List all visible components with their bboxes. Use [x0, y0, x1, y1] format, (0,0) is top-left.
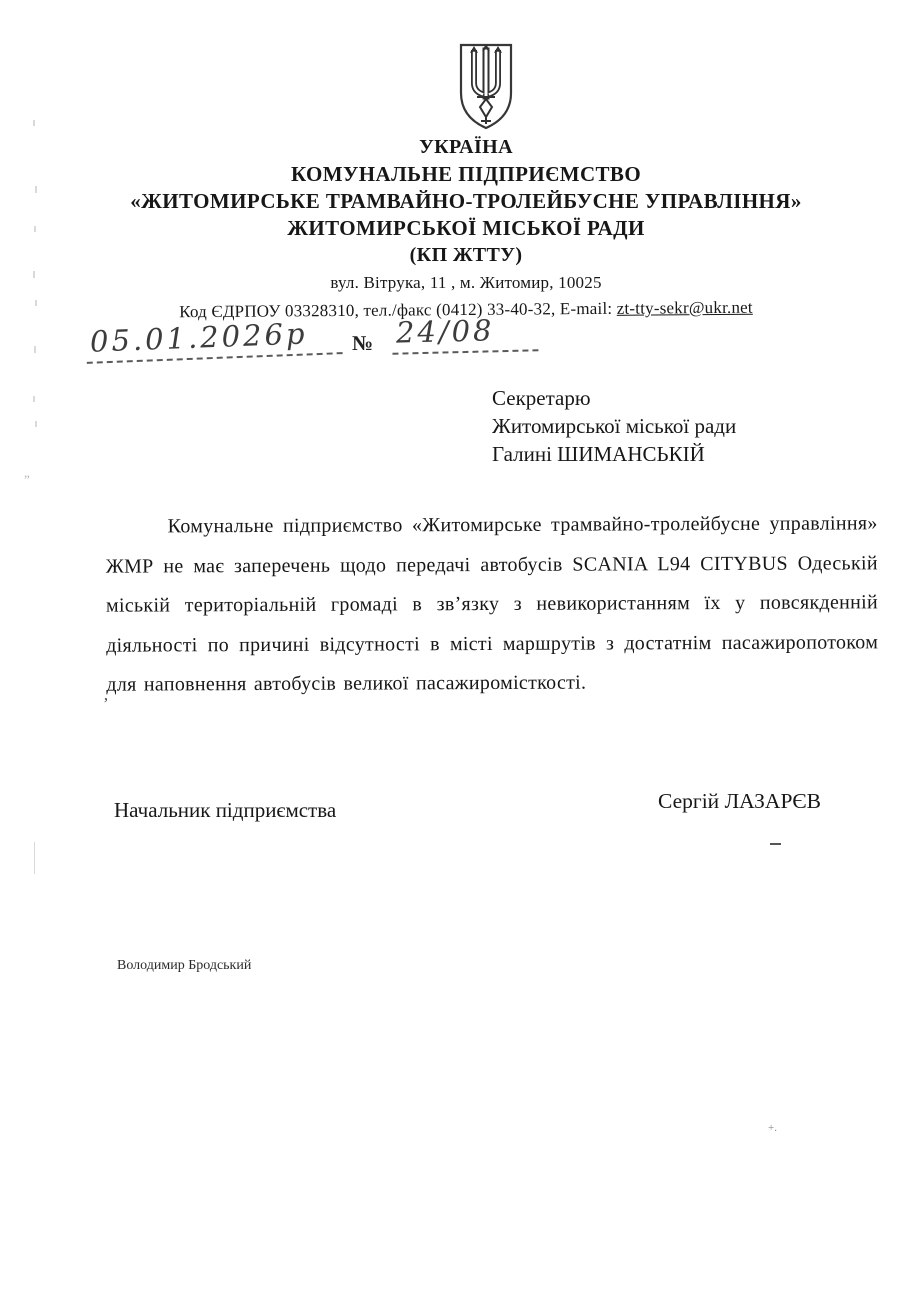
scan-artifact: [34, 842, 35, 874]
scanned-letter-page: УКРАЇНА КОМУНАЛЬНЕ ПІДПРИЄМСТВО «ЖИТОМИР…: [0, 0, 920, 1300]
addressee-role: Секретарю: [492, 384, 736, 412]
scan-artifact: ’: [103, 694, 109, 714]
scan-artifact: [33, 271, 35, 278]
scan-artifact: [33, 396, 35, 402]
ukraine-coat-of-arms-icon: [450, 40, 522, 132]
letterhead: УКРАЇНА КОМУНАЛЬНЕ ПІДПРИЄМСТВО «ЖИТОМИР…: [14, 134, 918, 323]
email-text: zt-tty-sekr@ukr.net: [617, 298, 753, 318]
scan-artifact: ”: [24, 472, 30, 488]
handwritten-outgoing-number: 24/08: [392, 312, 539, 355]
org-abbr-line: (КП ЖТТУ): [14, 242, 918, 269]
org-name-line: «ЖИТОМИРСЬКЕ ТРАМВАЙНО-ТРОЛЕЙБУСНЕ УПРАВ…: [14, 188, 918, 215]
scan-artifact: [35, 186, 37, 193]
number-sign: №: [352, 331, 373, 356]
signatory-name: Сергій ЛАЗАРЄВ: [658, 789, 821, 814]
scan-artifact: [770, 843, 781, 845]
executor-name: Володимир Бродський: [117, 958, 251, 974]
addressee-name: Галині ШИМАНСЬКІЙ: [492, 440, 736, 468]
org-type-line: КОМУНАЛЬНЕ ПІДПРИЄМСТВО: [14, 161, 918, 188]
addressee-block: Секретарю Житомирської міської ради Гали…: [492, 384, 736, 468]
signatory-title: Начальник підприємства: [114, 798, 336, 823]
letter-body-paragraph: Комунальне підприємство «Житомирське тра…: [106, 504, 879, 705]
scan-artifact: [35, 421, 37, 427]
scan-artifact: [35, 300, 37, 306]
org-owner-line: ЖИТОМИРСЬКОЇ МІСЬКОЇ РАДИ: [14, 215, 918, 242]
address-line: вул. Вітрука, 11 , м. Житомир, 10025: [14, 269, 918, 296]
addressee-organization: Житомирської міської ради: [492, 412, 736, 440]
scan-artifact: [34, 226, 36, 232]
scan-artifact: [33, 120, 35, 126]
scan-artifact: +.: [768, 1122, 777, 1134]
country-name: УКРАЇНА: [14, 134, 918, 161]
scan-artifact: [34, 346, 36, 353]
